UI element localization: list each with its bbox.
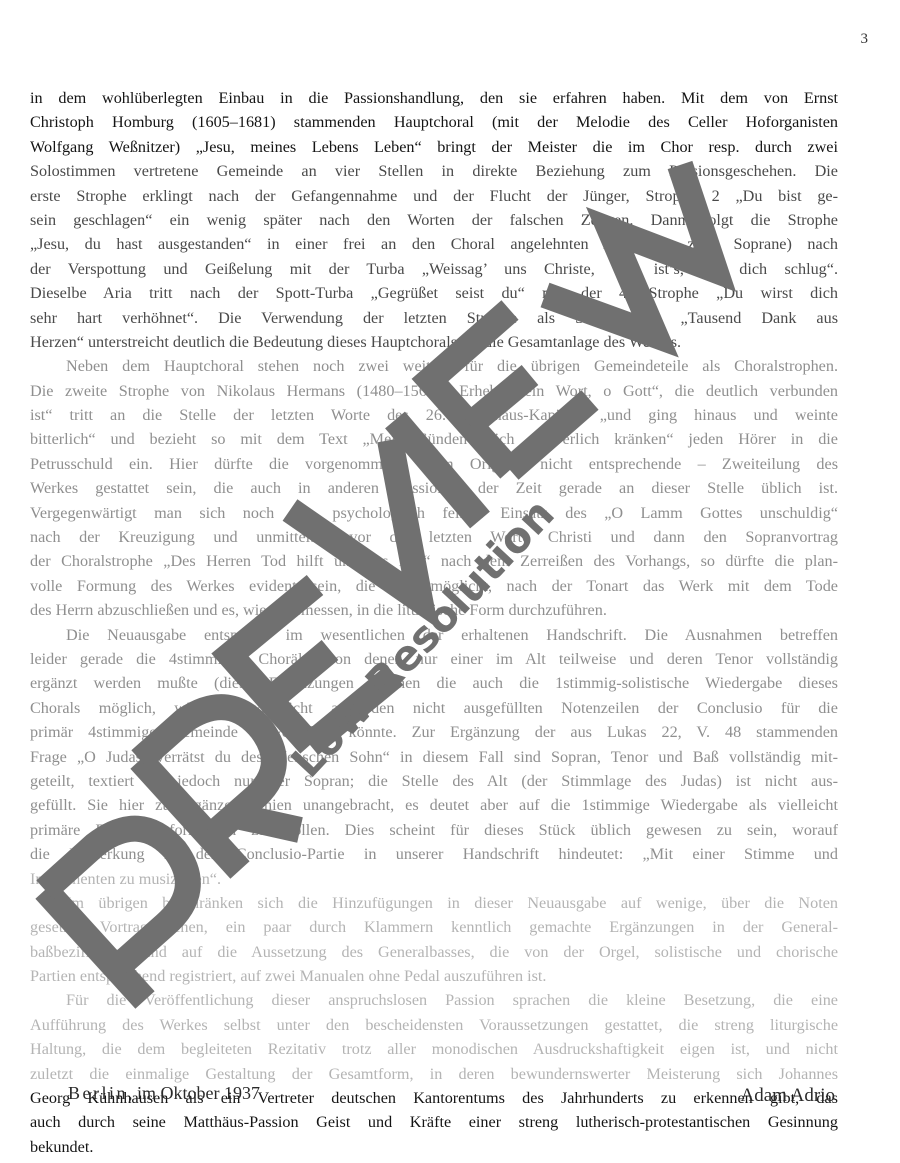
text-line: in dem wohlüberlegten Einbau in die Pass…	[30, 86, 838, 110]
text-line: Chorals möglich, wie sie vielleicht aus …	[30, 696, 838, 720]
text-line: leider gerade die 4stimmigen Choräle, vo…	[30, 647, 838, 671]
text-line: sehr hart verhöhnet“. Die Verwendung der…	[30, 306, 838, 330]
text-line: „Jesu, du hast ausgestanden“ in einer fr…	[30, 232, 838, 256]
page-number: 3	[861, 31, 869, 48]
text-line: ist“ tritt an die Stelle der letzten Wor…	[30, 403, 838, 427]
text-line: bekundet.	[30, 1135, 838, 1159]
text-line: Neben dem Hauptchoral stehen noch zwei w…	[30, 354, 838, 378]
text-line: gefüllt. Sie hier zu ergänzen schien una…	[30, 793, 838, 817]
place: Berlin	[68, 1083, 128, 1103]
text-line: Die Neuausgabe entspricht im wesentliche…	[30, 623, 838, 647]
text-line: Vergegenwärtigt man sich noch den psycho…	[30, 501, 838, 525]
text-line: gesetzte Vortragszeichen, ein paar durch…	[30, 915, 838, 939]
text-line: volle Formung des Werkes evident sein, d…	[30, 574, 838, 598]
text-line: Frage „O Judas, verrätst du des Menschen…	[30, 745, 838, 769]
text-line: Haltung, die dem begleiteten Rezitativ t…	[30, 1037, 838, 1061]
text-line: bitterlich“ und bezieht so mit dem Text …	[30, 427, 838, 451]
document-body: in dem wohlüberlegten Einbau in die Pass…	[30, 86, 838, 1159]
text-line: auch durch seine Matthäus-Passion Geist …	[30, 1110, 838, 1134]
text-line: Für die Veröffentlichung dieser anspruch…	[30, 988, 838, 1012]
text-line: nach der Kreuzigung und unmittelbar vor …	[30, 525, 838, 549]
text-line: des Herrn abzuschließen und es, wie ange…	[30, 598, 838, 622]
text-line: Die zweite Strophe von Nikolaus Hermans …	[30, 379, 838, 403]
text-line: die Bemerkung in der Conclusio-Partie in…	[30, 842, 838, 866]
text-line: baßbezifferung und auf die Aussetzung de…	[30, 940, 838, 964]
text-line: Werkes gestattet sein, die auch in ander…	[30, 476, 838, 500]
place-date: Berlin, im Oktober 1937	[68, 1083, 260, 1104]
text-line: sein geschlagen“ ein wenig später nach d…	[30, 208, 838, 232]
text-line: Herzen“ unterstreicht deutlich die Bedeu…	[30, 330, 838, 354]
text-line: geteilt, textiert ist jedoch nur der Sop…	[30, 769, 838, 793]
text-line: Partien entsprechend registriert, auf zw…	[30, 964, 838, 988]
date-text: , im Oktober 1937	[128, 1083, 260, 1103]
author-signature: Adam Adrio	[741, 1085, 835, 1107]
text-line: primäre Besetzungsform hin zu wollen. Di…	[30, 818, 838, 842]
text-line: Solostimmen vertretene Gemeinde an vier …	[30, 159, 838, 183]
text-line: Dieselbe Aria tritt nach der Spott-Turba…	[30, 281, 838, 305]
text-line: Wolfgang Weßnitzer) „Jesu, meines Lebens…	[30, 135, 838, 159]
text-line: der Choralstrophe „Des Herren Tod hilft …	[30, 549, 838, 573]
text-line: Petrusschuld ein. Hier dürfte die vorgen…	[30, 452, 838, 476]
text-line: Christoph Homburg (1605–1681) stammenden…	[30, 110, 838, 134]
text-line: Aufführung des Werkes selbst unter den b…	[30, 1013, 838, 1037]
text-line: erste Strophe erklingt nach der Gefangen…	[30, 184, 838, 208]
text-line: primär 4stimmige Gemeinde hervorgehen kö…	[30, 720, 838, 744]
text-line: ergänzt werden mußte (diese Ergänzungen …	[30, 671, 838, 695]
closing-block: Berlin, im Oktober 1937 Adam Adrio	[68, 1083, 835, 1113]
text-line: Instrumenten zu musizieren“.	[30, 867, 838, 891]
text-line: der Verspottung und Geißelung mit der Tu…	[30, 257, 838, 281]
text-line: Im übrigen beschränken sich die Hinzufüg…	[30, 891, 838, 915]
